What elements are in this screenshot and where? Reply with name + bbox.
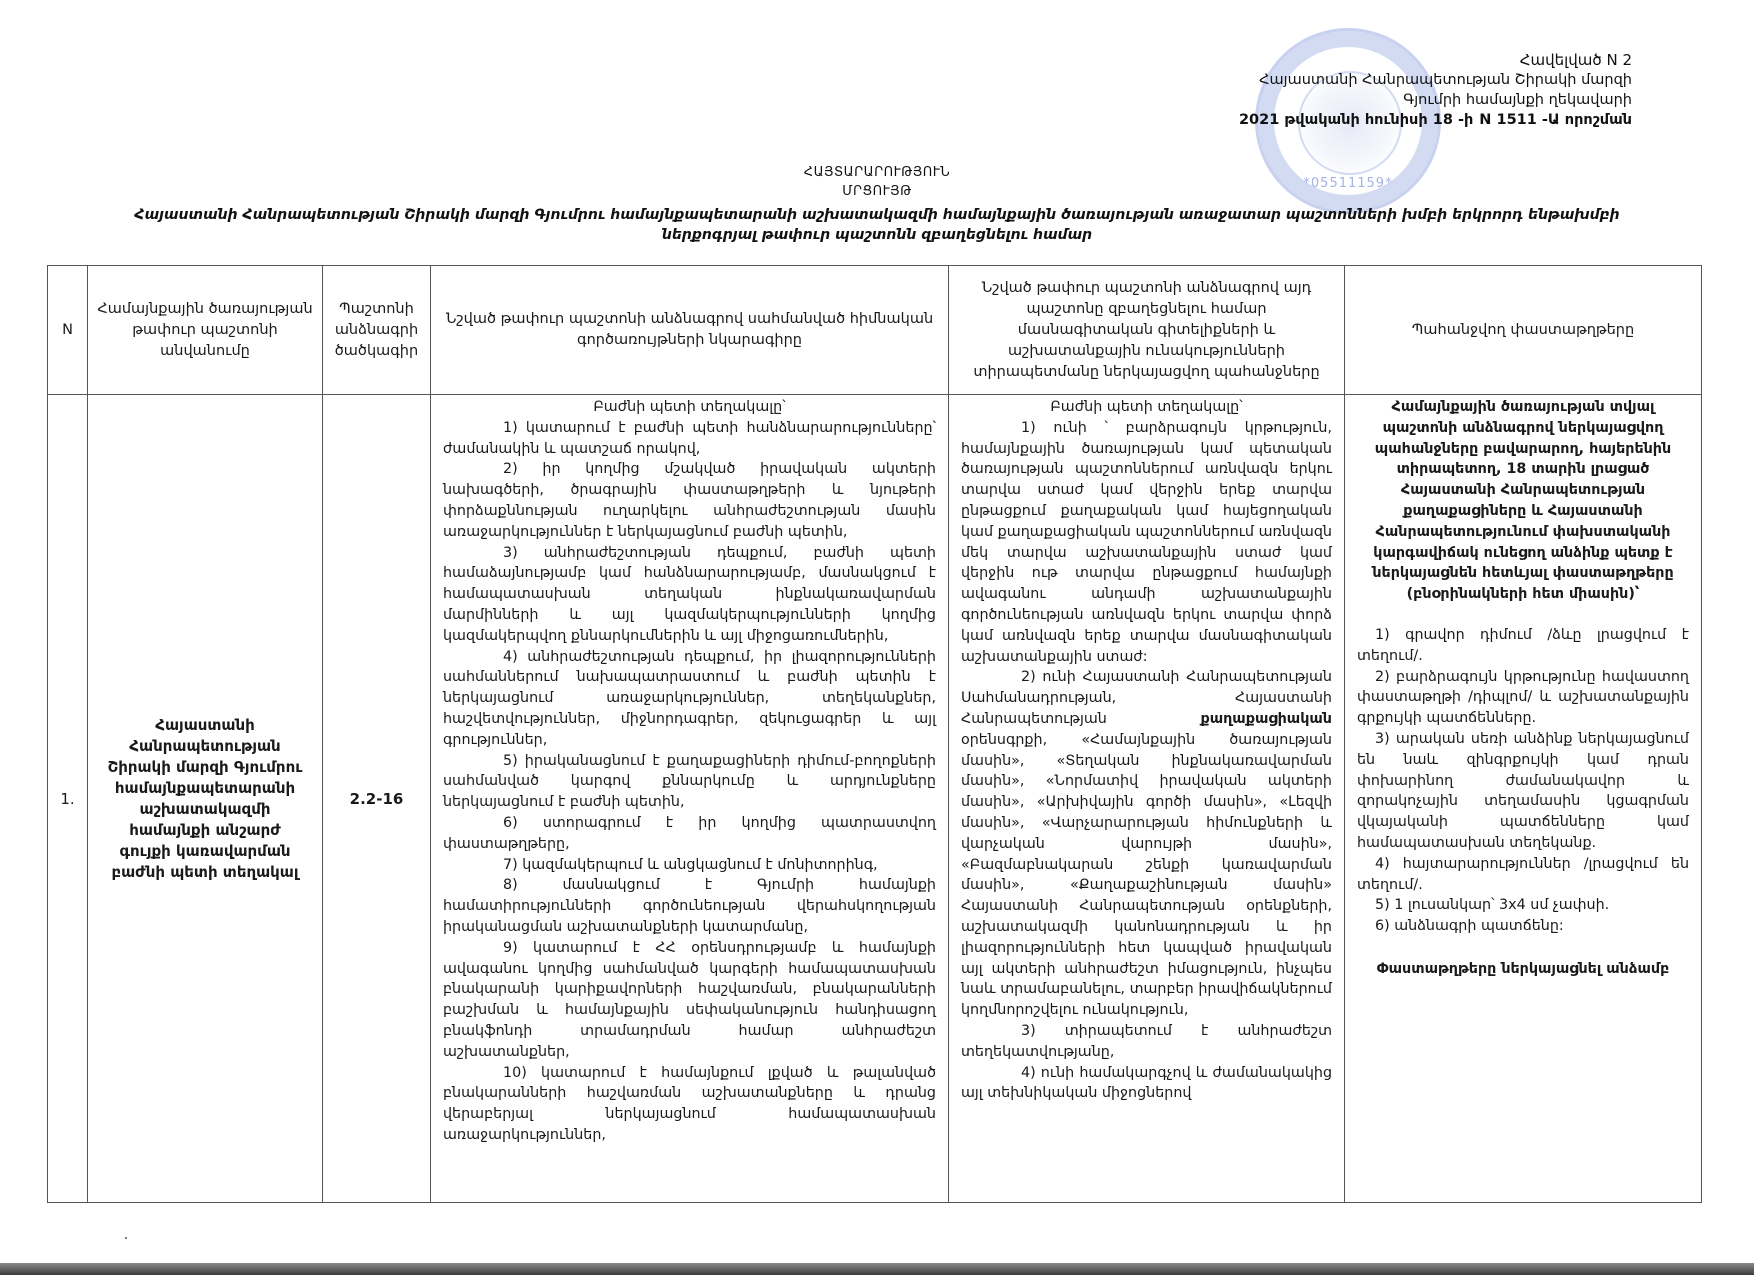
header-functions: Նշված թափուր պաշտոնի անձնագրով սահմանված… — [431, 266, 949, 395]
documents-final-note: Փաստաթղթերը ներկայացնել անձամբ — [1357, 959, 1689, 980]
documents-cell: Համայնքային ծառայության տվյալ պաշտոնի ան… — [1345, 395, 1702, 1203]
function-item: 1) կատարում է բաժնի պետի հանձնարարությու… — [443, 418, 936, 460]
header-documents: Պահանջվող փաստաթղթերը — [1345, 266, 1702, 395]
header-number: N — [48, 266, 88, 395]
header-requirements: Նշված թափուր պաշտոնի անձնագրով այդ պաշտո… — [949, 266, 1345, 395]
annex-decision-number: N 1511 -Ա որոշման — [1479, 112, 1632, 128]
requirements-list: 1) ունի ՝ բարձրագույն կրթություն, համայն… — [961, 418, 1332, 1104]
functions-list: 1) կատարում է բաժնի պետի հանձնարարությու… — [443, 418, 936, 1146]
competition-description: Հայաստանի Հանրապետության Շիրակի մարզի Գյ… — [0, 205, 1754, 245]
function-item: 6) ստորագրում է իր կողմից պատրաստվող փաս… — [443, 813, 936, 855]
table-header-row: N Համայնքային ծառայության թափուր պաշտոնի… — [48, 266, 1702, 395]
documents-lead: Համայնքային ծառայության տվյալ պաշտոնի ան… — [1357, 397, 1689, 605]
annex-region: Հայաստանի Հանրապետության Շիրակի մարզի — [1233, 70, 1632, 90]
header-passport-code: Պաշտոնի անձնագրի ծածկագիր — [323, 266, 431, 395]
function-item: 4) անհրաժեշտության դեպքում, իր լիազորութ… — [443, 647, 936, 751]
functions-intro: Բաժնի պետի տեղակալը՝ — [443, 397, 936, 418]
requirement-item: 4) ունի համակարգչով և ժամանակակից այլ տե… — [961, 1063, 1332, 1105]
function-item: 2) իր կողմից մշակված իրավական ակտերի նախ… — [443, 459, 936, 542]
function-item: 10) կատարում է համայնքում լքված և թալանվ… — [443, 1063, 936, 1146]
annex-decision: 2021 թվականի հունիսի 18 -իN 1511 -Ա որոշ… — [1233, 110, 1632, 130]
competition-description-line1: Հայաստանի Հանրապետության Շիրակի մարզի Գյ… — [0, 205, 1754, 225]
annex-reference: Հավելված N 2 Հայաստանի Հանրապետության Շի… — [1233, 50, 1632, 130]
function-item: 3) անհրաժեշտության դեպքում, բաժնի պետի հ… — [443, 543, 936, 647]
position-name: Հայաստանի Հանրապետության Շիրակի մարզի Գյ… — [88, 395, 323, 1203]
annex-authority: Գյումրի համայնքի ղեկավարի — [1233, 90, 1632, 110]
document-item: 2) բարձրագույն կրթությունը հավաստող փաստ… — [1357, 667, 1689, 729]
function-item: 9) կատարում է ՀՀ օրենսդրությամբ և համայն… — [443, 938, 936, 1063]
function-item: 7) կազմակերպում և անցկացնում է մոնիտորին… — [443, 855, 936, 876]
document-item: 5) 1 լուսանկար՝ 3x4 սմ չափսի. — [1357, 895, 1689, 916]
annex-decision-date: 2021 թվականի հունիսի 18 -ի — [1239, 112, 1473, 128]
document-item: 1) գրավոր դիմում /ձևը լրացվում է տեղում/… — [1357, 625, 1689, 667]
scan-speck — [125, 1237, 127, 1239]
requirements-intro: Բաժնի պետի տեղակալը՝ — [961, 397, 1332, 418]
table-row: 1. Հայաստանի Հանրապետության Շիրակի մարզի… — [48, 395, 1702, 1203]
document-item: 4) հայտարարություններ /լրացվում են տեղու… — [1357, 854, 1689, 896]
document-item: 6) անձնագրի պատճենը: — [1357, 916, 1689, 937]
competition-heading: ՄՐՑՈՒՅԹ — [0, 184, 1754, 199]
vacancy-table: N Համայնքային ծառայության թափուր պաշտոնի… — [47, 265, 1702, 1203]
requirement-emphasis: քաղաքացիական — [1200, 711, 1332, 727]
requirements-cell: Բաժնի պետի տեղակալը՝ 1) ունի ՝ բարձրագու… — [949, 395, 1345, 1203]
documents-list: 1) գրավոր դիմում /ձևը լրացվում է տեղում/… — [1357, 625, 1689, 937]
function-item: 5) իրականացնում է քաղաքացիների դիմում-բո… — [443, 751, 936, 813]
functions-cell: Բաժնի պետի տեղակալը՝ 1) կատարում է բաժնի… — [431, 395, 949, 1203]
requirement-item: 2) ունի Հայաստանի Հանրապետության Սահմանա… — [961, 667, 1332, 1021]
row-number: 1. — [48, 395, 88, 1203]
announcement-heading: ՀԱՅՏԱՐԱՐՈՒԹՅՈՒՆ — [0, 165, 1754, 180]
function-item: 8) մասնակցում է Գյումրի համայնքի համատիր… — [443, 875, 936, 937]
requirement-item: 3) տիրապետում է անհրաժեշտ տեղեկատվության… — [961, 1021, 1332, 1063]
requirement-item: 1) ունի ՝ բարձրագույն կրթություն, համայն… — [961, 418, 1332, 668]
header-position-name: Համայնքային ծառայության թափուր պաշտոնի ա… — [88, 266, 323, 395]
annex-number: Հավելված N 2 — [1233, 50, 1632, 70]
competition-description-line2: ներքոգրյալ թափուր պաշտոնն զբաղեցնելու հա… — [0, 225, 1754, 245]
passport-code: 2.2-16 — [323, 395, 431, 1203]
document-item: 3) արական սեռի անձինք ներկայացնում են նա… — [1357, 729, 1689, 854]
scanner-edge — [0, 1263, 1754, 1275]
